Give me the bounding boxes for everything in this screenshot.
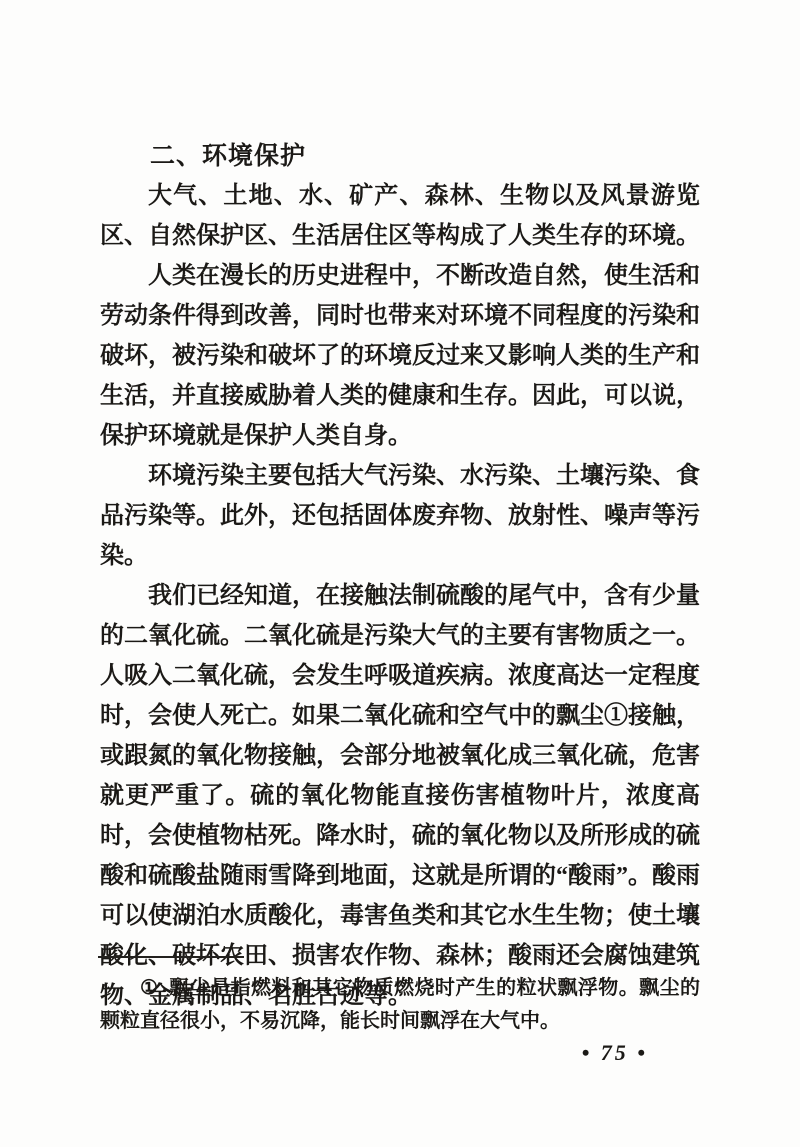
paragraph-human-history-pollution: 人类在漫长的历史进程中，不断改造自然，使生活和劳动条件得到改善，同时也带来对环境…	[100, 256, 700, 456]
page-number: • 75 •	[582, 1040, 648, 1066]
section-heading: 二、环境保护	[100, 136, 700, 176]
footnote-area: ①飘尘是指燃料和其它物质燃烧时产生的粒状飘浮物。飘尘的颗粒直径很小，不易沉降，能…	[100, 956, 700, 1038]
page-content: 二、环境保护 大气、土地、水、矿产、森林、生物以及风景游览区、自然保护区、生活居…	[100, 136, 700, 1016]
paragraph-sulfur-dioxide-acid-rain: 我们已经知道，在接触法制硫酸的尾气中，含有少量的二氧化硫。二氧化硫是污染大气的主…	[100, 576, 700, 1016]
book-page: 二、环境保护 大气、土地、水、矿产、森林、生物以及风景游览区、自然保护区、生活居…	[0, 0, 800, 1147]
footnote-marker: ①	[140, 977, 158, 999]
footnote-separator-line	[98, 956, 244, 958]
paragraph-environment-components: 大气、土地、水、矿产、森林、生物以及风景游览区、自然保护区、生活居住区等构成了人…	[100, 176, 700, 256]
paragraph-pollution-types: 环境污染主要包括大气污染、水污染、土壤污染、食品污染等。此外，还包括固体废弃物、…	[100, 456, 700, 576]
footnote: ①飘尘是指燃料和其它物质燃烧时产生的粒状飘浮物。飘尘的颗粒直径很小，不易沉降，能…	[100, 972, 700, 1038]
footnote-text: 飘尘是指燃料和其它物质燃烧时产生的粒状飘浮物。飘尘的颗粒直径很小，不易沉降，能长…	[100, 977, 700, 1032]
